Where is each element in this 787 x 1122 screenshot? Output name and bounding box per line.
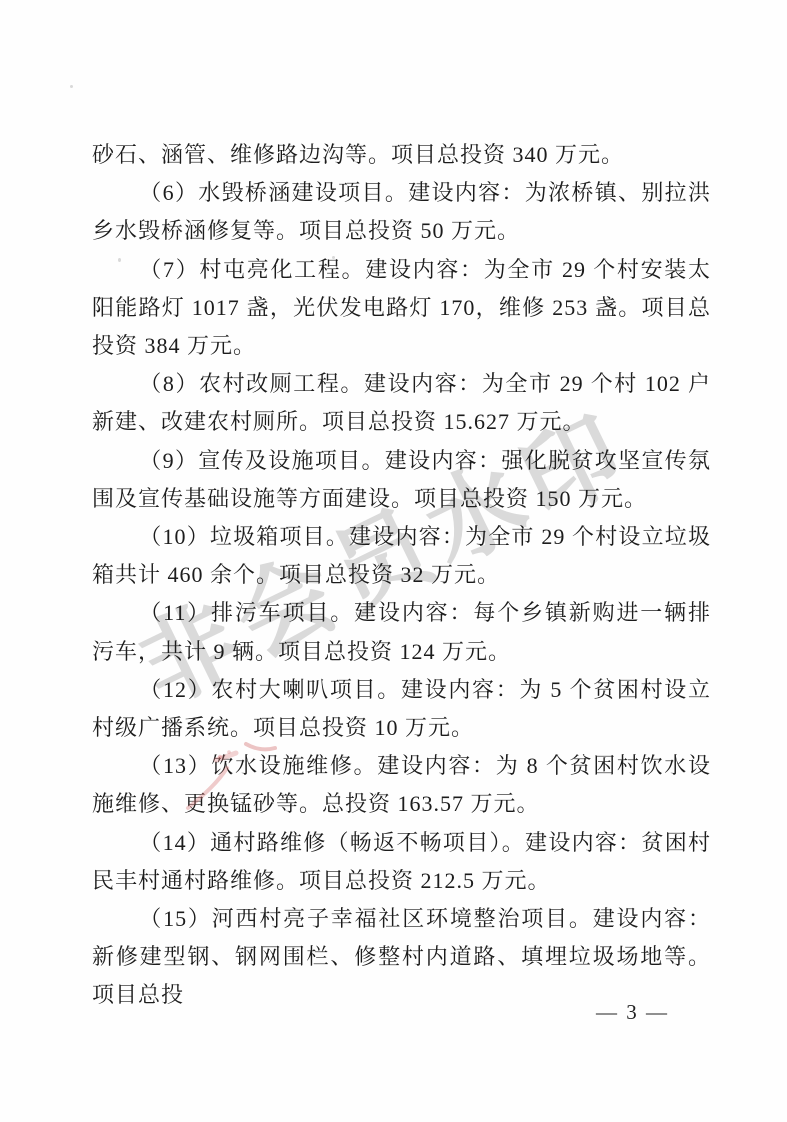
paragraph: （10）垃圾箱项目。建设内容：为全市 29 个村设立垃圾箱共计 460 余个。项… bbox=[92, 518, 711, 594]
paragraph: 砂石、涵管、维修路边沟等。项目总投资 340 万元。 bbox=[92, 136, 711, 174]
paragraph: （8）农村改厕工程。建设内容：为全市 29 个村 102 户新建、改建农村厕所。… bbox=[92, 365, 711, 441]
paragraph: （6）水毁桥涵建设项目。建设内容：为浓桥镇、别拉洪乡水毁桥涵修复等。项目总投资 … bbox=[92, 174, 711, 250]
paragraph: （13）饮水设施维修。建设内容：为 8 个贫困村饮水设施维修、更换锰砂等。总投资… bbox=[92, 747, 711, 823]
paragraph: （7）村屯亮化工程。建设内容：为全市 29 个村安装太阳能路灯 1017 盏，光… bbox=[92, 251, 711, 366]
page-number: — 3 — bbox=[596, 1000, 669, 1025]
document-page: 非会员水印 砂石、涵管、维修路边沟等。项目总投资 340 万元。（6）水毁桥涵建… bbox=[0, 0, 787, 1122]
paragraph: （14）通村路维修（畅返不畅项目）。建设内容：贫困村民丰村通村路维修。项目总投资… bbox=[92, 824, 711, 900]
paragraph: （15）河西村亮子幸福社区环境整治项目。建设内容：新修建型钢、钢网围栏、修整村内… bbox=[92, 900, 711, 1015]
scan-speck bbox=[70, 85, 73, 88]
paragraph: （11）排污车项目。建设内容：每个乡镇新购进一辆排污车，共计 9 辆。项目总投资… bbox=[92, 594, 711, 670]
paragraph: （9）宣传及设施项目。建设内容：强化脱贫攻坚宣传氛围及宣传基础设施等方面建设。项… bbox=[92, 442, 711, 518]
document-body: 砂石、涵管、维修路边沟等。项目总投资 340 万元。（6）水毁桥涵建设项目。建设… bbox=[92, 136, 711, 1015]
paragraph: （12）农村大喇叭项目。建设内容：为 5 个贫困村设立村级广播系统。项目总投资 … bbox=[92, 671, 711, 747]
